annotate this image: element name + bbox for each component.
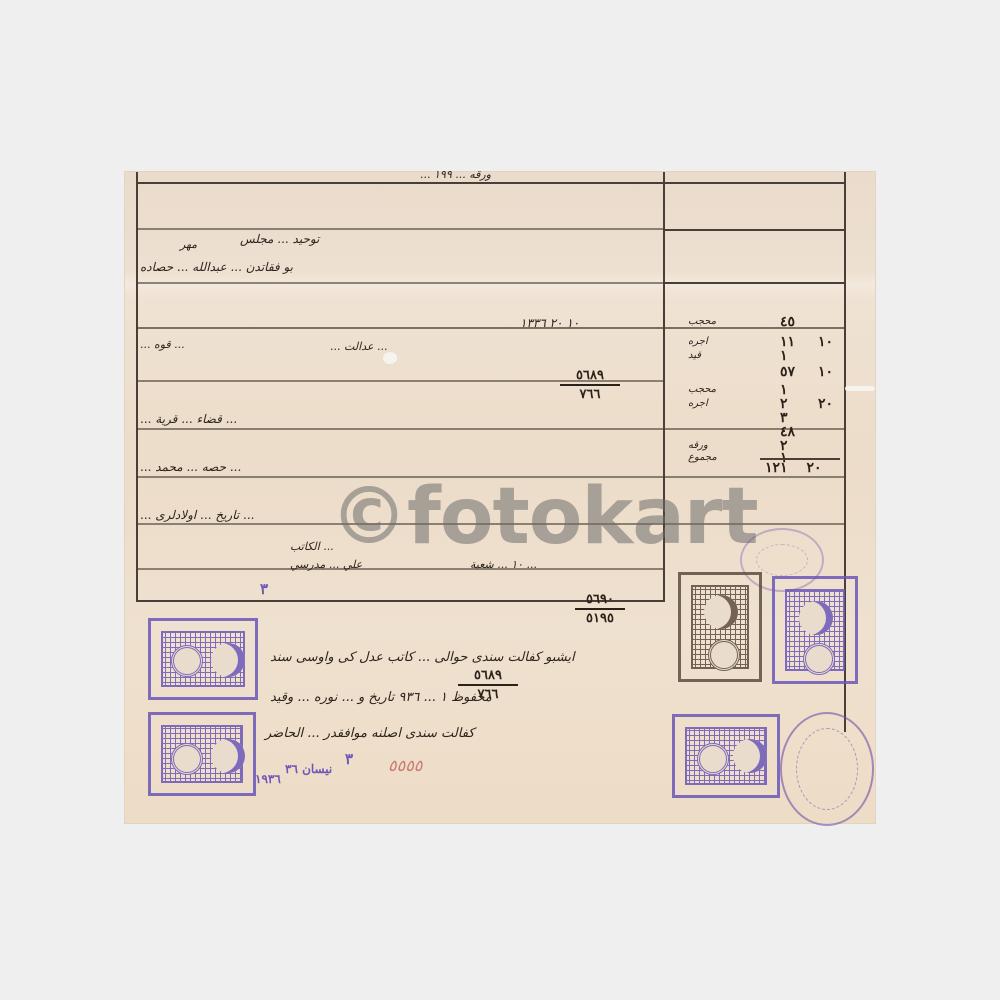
signature-1: ... الكاتب [290,540,334,553]
row-rule [136,282,663,284]
handwriting-date-row: ١٠ ٢٠ ١٣٣٦ [520,316,579,330]
fraction-numerator: ٥٦٨٩ [458,668,518,683]
star-icon: ★ [222,747,235,763]
fraction-numerator: ٥٦٩٠ [575,592,625,607]
fee-label: ورقه [688,440,708,451]
star-icon: ★ [222,651,235,667]
revenue-stamp-1: ★ [148,618,258,700]
row-rule [136,568,663,570]
fraction-denominator: ٧٦٦ [560,387,620,402]
fraction-bar [560,384,620,386]
handwriting-line-1: بو فقاتدن ... عبدالله ... حصاده [140,260,293,274]
handwriting-seal-label: مهر [180,238,197,251]
fraction-amount-1: ٥٦٨٩ ٧٦٦ [560,368,620,402]
handwriting-row-mid: ... عدالت ... [330,340,388,353]
row-rule [136,428,844,430]
star-icon: ★ [810,609,823,625]
fee-label: اجره [688,398,708,409]
handwriting-row-left: ... قوه ... [140,338,185,351]
handwriting-top-line: ورقه ... ١٩٩ ... [420,168,491,181]
fee-label: محجب [688,316,716,327]
fee-total-sub: ٢٠ [806,460,821,476]
fee-value: ٥٧ [780,364,795,380]
fee-total: ٢٠ ١٢١ [765,460,821,476]
revenue-stamp-4: ★ [772,576,858,684]
row-rule [136,182,844,184]
revenue-stamp-5: ★ [672,714,780,798]
fraction-denominator: ٥١٩٥ [575,611,625,626]
handwriting-header: توحيد ... مجلس [240,232,319,246]
row-rule [663,282,844,284]
star-icon: ★ [715,603,728,619]
purple-annotation-margin: ١٩٣٦ [255,772,281,786]
fee-label: محجب [688,384,716,395]
fraction-bar [575,608,625,610]
red-annotation: ٥٥٥٥ [388,756,422,775]
fraction-amount-2: ٥٦٩٠ ٥١٩٥ [575,592,625,626]
fee-subvalue: ١٠ [818,364,833,380]
fee-label: قيد [688,350,701,361]
revenue-stamp-2: ★ [148,712,256,796]
star-icon: ★ [744,747,757,763]
fee-label: اجره [688,336,708,347]
revenue-stamp-3: ★ [678,572,762,682]
fee-value: ١ [780,348,788,364]
row-rule [136,228,663,230]
frame-left-rule [136,172,138,602]
paper-tear [845,386,875,391]
certification-line-3: كفالت سندى اصلنه موافقدر ... الحاضر [265,726,475,741]
rosette-icon [708,639,740,671]
fee-subvalue: ٢٠ [818,396,833,412]
fraction-denominator: ٧٦٦ [458,687,518,702]
fee-label: مجموع [688,452,717,463]
row-rule [663,229,844,231]
handwriting-line-4: ... تاريخ ... اولادلرى ... [140,508,254,522]
purple-annotation-number: ٣ [345,750,353,768]
rosette-icon [171,743,203,775]
watermark: ©fotokart [330,472,758,562]
fee-value: ٤٥ [780,314,795,330]
purple-annotation-date: نيسان ٣٦ [285,762,332,776]
handwriting-line-3: ... حصه ... محمد ... [140,460,241,474]
fraction-amount-3: ٥٦٨٩ ٧٦٦ [458,668,518,702]
handwriting-line-2: ... قضاء ... قرية ... [140,412,237,426]
rosette-icon [171,645,203,677]
certification-line-1: ايشبو كفالت سندى حوالى ... كاتب عدل كى و… [270,650,575,665]
paper-hole [383,352,397,364]
rosette-icon [803,643,835,675]
official-seal-lower [780,712,874,826]
fee-total-value: ١٢١ [765,460,788,476]
row-rule [136,327,844,329]
fraction-numerator: ٥٦٨٩ [560,368,620,383]
fraction-bar [458,684,518,686]
fee-subvalue: ١٠ [818,334,833,350]
purple-annotation-number: ٣ [260,580,268,598]
rosette-icon [697,743,729,775]
